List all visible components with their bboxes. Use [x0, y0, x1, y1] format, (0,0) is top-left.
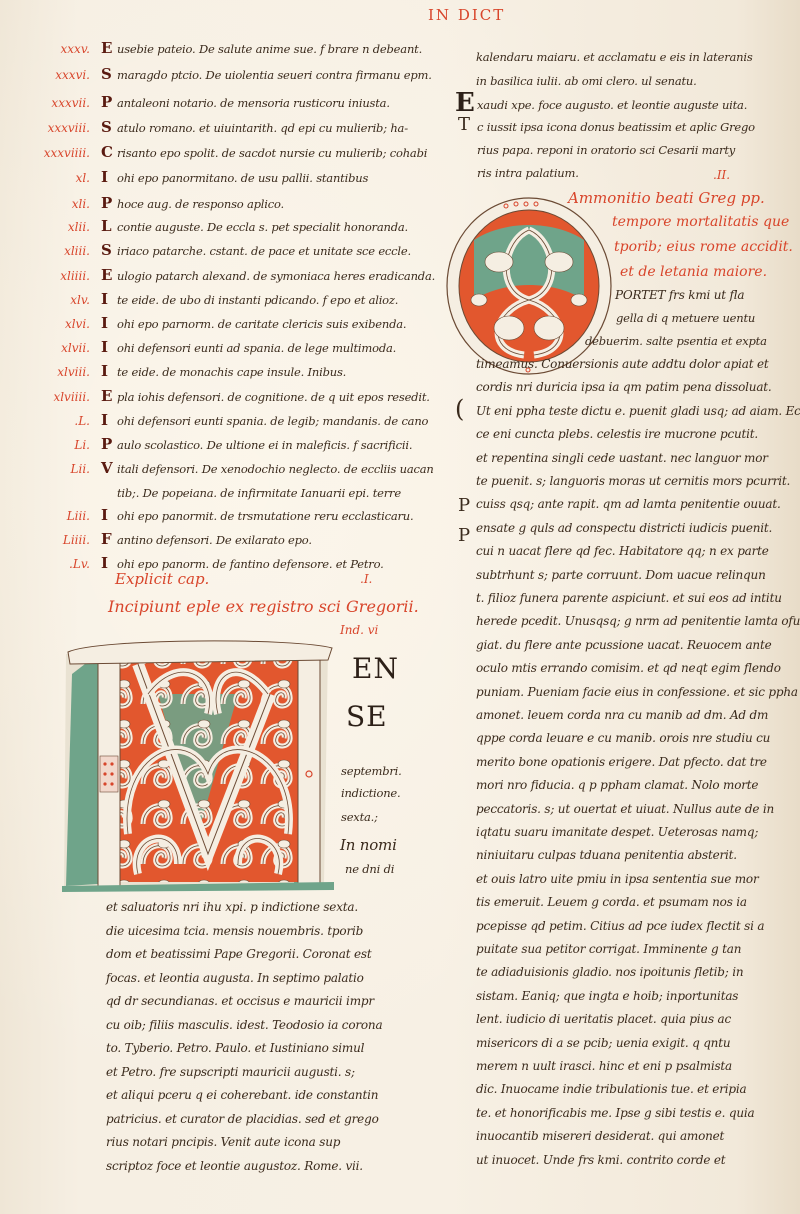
toc-initial: C [101, 143, 113, 161]
explicit-rubric: Explicit cap. [115, 570, 209, 588]
side-line: indictione. [341, 786, 400, 800]
toc-entry-text: hoce aug. de responso aplico. [117, 197, 284, 211]
toc-initial: I [101, 338, 108, 356]
toc-entry-text: ohi epo parnorm. de caritate clericis su… [117, 317, 406, 331]
toc-entry-text: ohi epo panormitano. de usu pallii. stan… [117, 171, 368, 185]
toc-initial: E [101, 39, 112, 57]
toc-initial: L [101, 217, 112, 235]
toc-number: xlvi. [30, 317, 90, 331]
toc-initial: E [101, 266, 112, 284]
display-caps-se: SE [346, 700, 388, 733]
body-line: rius notari pncipis. Venit aute icona su… [106, 1135, 340, 1149]
toc-entry-text: risanto epo spolit. de sacdot nursie cu … [117, 146, 427, 160]
rubric-title-line: tporib; eius rome accidit. [614, 239, 793, 255]
toc-entry-text: itali defensori. De xenodochio neglecto.… [117, 462, 434, 476]
toc-number: xl. [30, 171, 90, 185]
body-line: et ouis latro uite pmiu in ipsa sententi… [476, 872, 758, 886]
toc-entry-text: atulo romano. et uiuintarith. qd epi cu … [117, 121, 408, 135]
oportet-line: gella di q metuere uentu [616, 311, 755, 325]
body-line: cordis nri duricia ipsa ia qm patim pena… [476, 380, 772, 394]
toc-initial: V [101, 459, 113, 477]
indiction-label: Ind. vi [340, 623, 378, 637]
body-line: kalendaru maiaru. et acclamatu e eis in … [476, 50, 753, 64]
body-line: ut inuocet. Unde frs kmi. contrito corde… [476, 1153, 725, 1167]
toc-entry-text: maragdo ptcio. De uiolentia seueri contr… [117, 68, 432, 82]
body-line: dic. Inuocame indie tribulationis tue. e… [476, 1082, 746, 1096]
toc-number: xli. [30, 197, 90, 211]
toc-entry-text: ulogio patarch alexand. de symoniaca her… [117, 269, 435, 283]
toc-initial: I [101, 168, 108, 186]
margin-initial: P [458, 525, 470, 546]
body-line: timeamus. Conuersionis aute addtu dolor … [476, 357, 768, 371]
display-caps-en: EN [352, 652, 399, 685]
body-line: niniuitaru culpas tduana penitentia abst… [476, 848, 737, 862]
toc-initial: F [101, 530, 112, 548]
toc-entry-text: contie auguste. De eccla s. pet speciali… [117, 220, 408, 234]
toc-entry-text: pla iohis defensori. de cognitione. de q… [117, 390, 430, 404]
body-line: xaudi xpe. foce augusto. et leontie augu… [477, 98, 747, 112]
body-line: et repentina singli cede uastant. nec la… [476, 451, 768, 465]
body-line: qppe corda leuare e cu manib. orois nre … [476, 731, 770, 745]
toc-initial: P [101, 93, 112, 111]
body-line: scriptoz foce et leontie augustoz. Rome.… [106, 1159, 363, 1173]
body-line: patricius. et curator de placidias. sed … [106, 1112, 379, 1126]
illuminated-initial-o-icon [444, 190, 614, 378]
toc-initial: P [101, 435, 112, 453]
margin-initial-u: ( [455, 395, 464, 423]
body-line: herede pcedit. Unusqsq; g nrm ad peniten… [476, 614, 800, 628]
toc-entry-text: iriaco patarche. cstant. de pace et unit… [117, 244, 411, 258]
rubric-title-line: tempore mortalitatis que [612, 214, 789, 230]
body-line: dom et beatissimi Pape Gregorii. Coronat… [106, 947, 371, 961]
body-line: et saluatoris nri ihu xpi. p indictione … [106, 900, 358, 914]
toc-number: Liii. [30, 509, 90, 523]
body-line: focas. et leontia augusta. In septimo pa… [106, 971, 364, 985]
toc-entry-text: antaleoni notario. de mensoria rusticoru… [117, 96, 390, 110]
body-line: cu oib; filiis masculis. idest. Teodosio… [106, 1018, 382, 1032]
toc-number: xxxvii. [30, 96, 90, 110]
body-line: et aliqui pceru q ei coherebant. ide con… [106, 1088, 378, 1102]
toc-number: xxxviii. [30, 121, 90, 135]
body-line: oculo mtis errando comisim. et qd neqt e… [476, 661, 781, 675]
toc-number: xliii. [30, 244, 90, 258]
toc-number: xlviiii. [30, 390, 90, 404]
toc-initial: S [101, 118, 112, 136]
body-line: rius papa. reponi in oratorio sci Cesari… [477, 143, 735, 157]
toc-initial: I [101, 290, 108, 308]
toc-initial: I [101, 362, 108, 380]
toc-entry-text: te eide. de monachis cape insule. Inibus… [117, 365, 346, 379]
body-line: sistam. Eaniq; que ingta e hoib; inportu… [476, 989, 738, 1003]
toc-entry-text: antino defensori. De exilarato epo. [117, 533, 312, 547]
toc-number: Liiii. [30, 533, 90, 547]
toc-number: .Lv. [30, 557, 90, 571]
toc-initial: I [101, 554, 108, 572]
rubric-title-line: et de letania maiore. [620, 264, 767, 280]
toc-entry-text: ohi defensori eunti spania. de legib; ma… [117, 414, 428, 428]
toc-number: xlii. [30, 220, 90, 234]
body-line: inuocantib misereri desiderat. qui amone… [476, 1129, 724, 1143]
toc-entry-text: usebie pateio. De salute anime sue. f br… [117, 42, 422, 56]
explicit-number: .I. [360, 572, 372, 586]
toc-initial: I [101, 314, 108, 332]
body-line: te adiaduisionis gladio. nos ipoitunis f… [476, 965, 743, 979]
toc-entry-text: te eide. de ubo di instanti pdicando. f … [117, 293, 398, 307]
in-nomine-line: ne dni di [345, 862, 394, 876]
body-line: merito bone opationis erigere. Dat pfect… [476, 755, 767, 769]
toc-number: .L. [30, 414, 90, 428]
toc-initial: S [101, 241, 112, 259]
body-line: giat. du flere ante pcussione uacat. Reu… [476, 638, 771, 652]
toc-initial: I [101, 506, 108, 524]
toc-entry-text: ohi epo panormit. de trsmutatione reru e… [117, 509, 413, 523]
in-nomine-line: In nomi [340, 838, 397, 852]
toc-number: xxxvi. [30, 68, 90, 82]
body-line: in basilica iulii. ab omi clero. ul sena… [476, 74, 697, 88]
toc-initial: S [101, 65, 112, 83]
toc-number: xxxviiii. [30, 146, 90, 160]
body-line: to. Tyberio. Petro. Paulo. et Iustiniano… [106, 1041, 364, 1055]
body-line: c iussit ipsa icona donus beatissim et a… [477, 120, 755, 134]
oportet-line: debuerim. salte psentia et expta [585, 334, 767, 348]
toc-initial: I [101, 411, 108, 429]
body-line: ensate g quls ad conspectu districti iud… [476, 521, 772, 535]
body-line: misericors di a se pcib; uenia exigit. q… [476, 1036, 730, 1050]
body-line: qd dr secundianas. et occisus e mauricii… [106, 994, 374, 1008]
side-line: sexta.; [341, 810, 378, 824]
body-line: iqtatu suaru imanitate despet. Ueterosas… [476, 825, 758, 839]
body-line: peccatoris. s; ut ouertat et uiuat. Null… [476, 802, 774, 816]
body-line: die uicesima tcia. mensis nouembris. tpo… [106, 924, 363, 938]
toc-number: xlv. [30, 293, 90, 307]
body-line: et Petro. fre supscripti mauricii august… [106, 1065, 355, 1079]
incipit-rubric: Incipiunt eple ex registro sci Gregorii. [108, 597, 419, 616]
toc-number: xlviii. [30, 365, 90, 379]
body-line: puniam. Pueniam facie eius in confession… [476, 685, 798, 699]
toc-number: xxxv. [30, 42, 90, 56]
body-line: t. filioz funera parente aspiciunt. et s… [476, 591, 782, 605]
toc-initial: P [101, 194, 112, 212]
running-head: IN DICT [428, 6, 505, 24]
illuminated-initial-m-icon [58, 634, 340, 892]
toc-number: Lii. [30, 462, 90, 476]
toc-number: xliiii. [30, 269, 90, 283]
body-line: lent. iudicio di ueritatis placet. quia … [476, 1012, 731, 1026]
body-line: merem n uult irasci. hinc et eni p psalm… [476, 1059, 732, 1073]
body-line: amonet. leuem corda nra cu manib ad dm. … [476, 708, 768, 722]
body-line: te puenit. s; languoris moras ut cerniti… [476, 474, 790, 488]
toc-number: Li. [30, 438, 90, 452]
letter-number: .II. [713, 168, 730, 182]
body-line: subtrhunt s; parte corruunt. Dom uacue r… [476, 568, 766, 582]
toc-initial: E [101, 387, 112, 405]
margin-initial-t: T [458, 114, 470, 135]
manuscript-page: IN DICT xxxv.Eusebie pateio. De salute a… [0, 0, 800, 1214]
body-line: cui n uacat flere qd fec. Habitatore qq;… [476, 544, 769, 558]
body-line: te. et honorificabis me. Ipse g sibi tes… [476, 1106, 755, 1120]
body-line: pcepisse qd petim. Citius ad pce iudex f… [476, 919, 764, 933]
toc-number: xlvii. [30, 341, 90, 355]
body-line: ce eni cuncta plebs. celestis ire mucron… [476, 427, 758, 441]
oportet-line: PORTET frs kmi ut fla [615, 288, 744, 302]
toc-entry-text: ohi defensori eunti ad spania. de lege m… [117, 341, 396, 355]
body-line: Ut eni ppha teste dictu e. puenit gladi … [476, 404, 800, 418]
body-line: mori nro fiducia. q p ppham clamat. Nolo… [476, 778, 758, 792]
body-line: ris intra palatium. [477, 166, 579, 180]
toc-entry-text: tib;. De popeiana. de infirmitate Ianuar… [117, 486, 401, 500]
side-line: septembri. [341, 764, 402, 778]
body-line: tis emeruit. Leuem g corda. et psumam no… [476, 895, 747, 909]
margin-initial: P [458, 495, 470, 516]
toc-entry-text: ohi epo panorm. de fantino defensore. et… [117, 557, 384, 571]
body-line: cuiss qsq; ante rapit. qm ad lamta penit… [476, 497, 781, 511]
body-line: puitate sua petitor corrigat. Imminente … [476, 942, 741, 956]
toc-entry-text: aulo scolastico. De ultione ei in malefi… [117, 438, 412, 452]
